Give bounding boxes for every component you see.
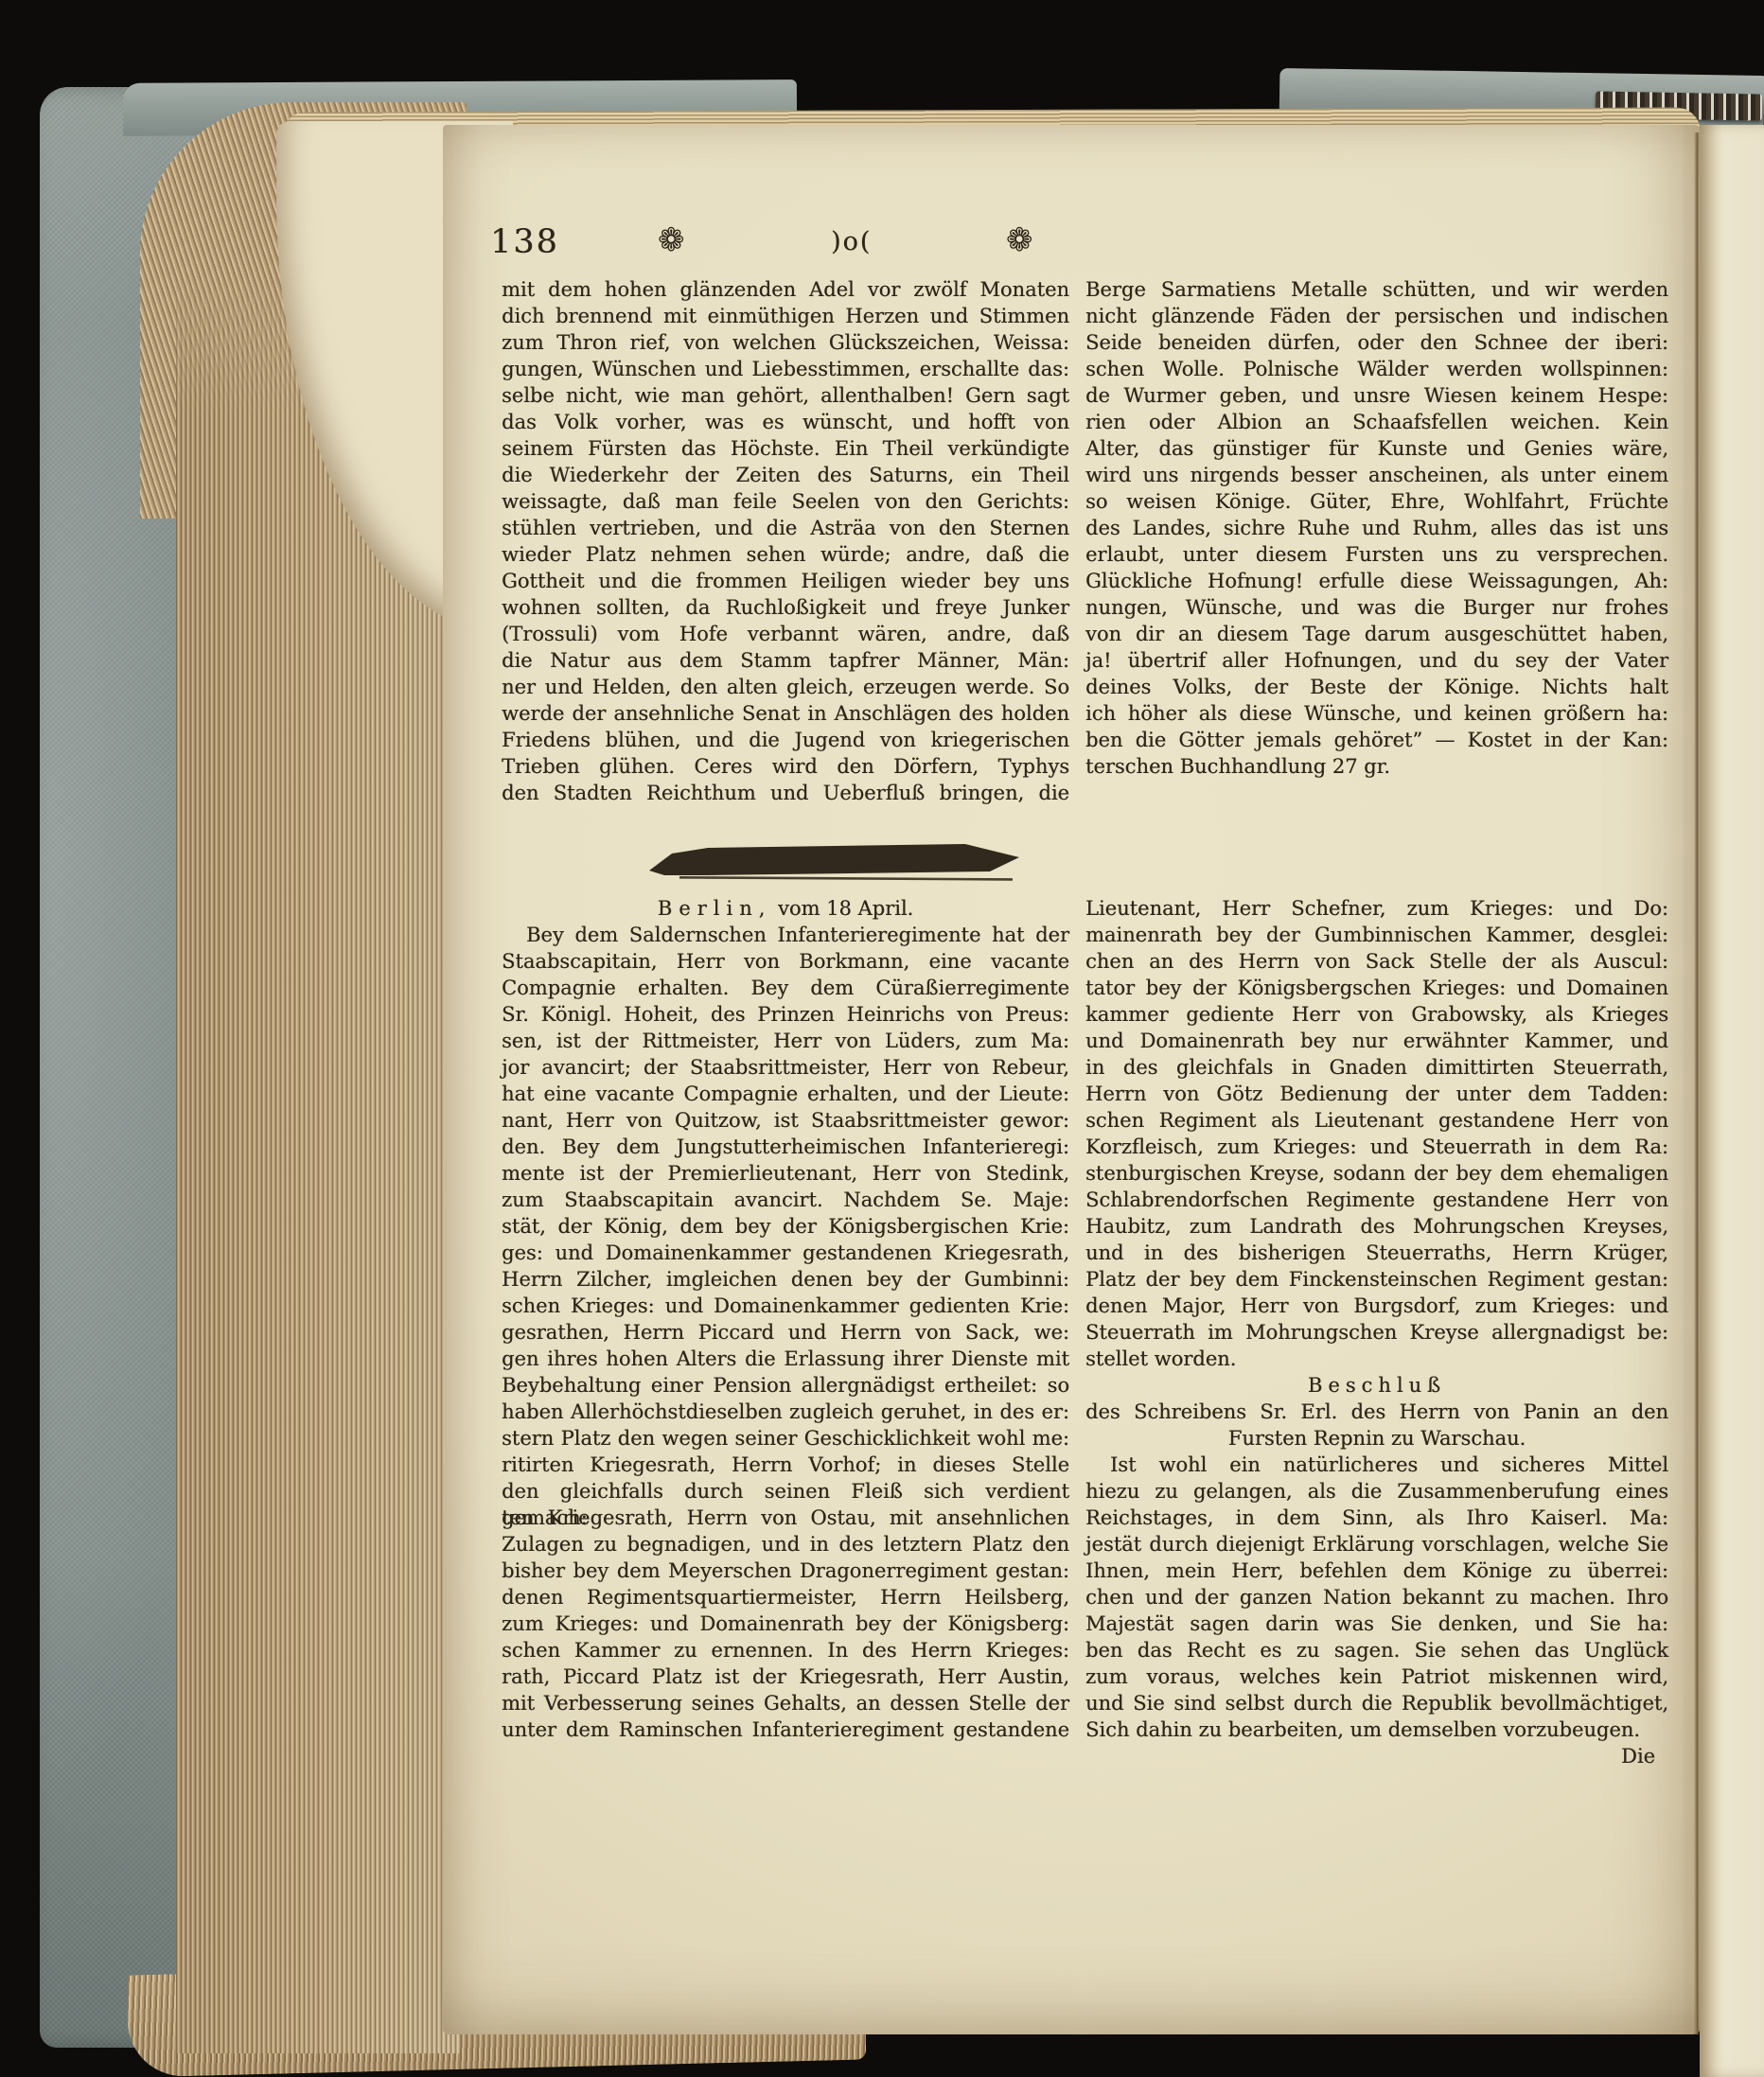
article-left-column: Berlin, vom 18 April. Bey dem Saldernsch… [502, 895, 1069, 1743]
top-left-column-lines: mit dem hohen glänzenden Adel vor zwölf … [502, 276, 1069, 806]
facing-page-edge [1700, 125, 1764, 2077]
text-line: stellet worden. [1085, 1346, 1668, 1372]
text-line: jor avancirt; der Staabsrittmeister, Her… [502, 1054, 1069, 1081]
text-line: weissagte, daß man feile Seelen von den … [502, 488, 1069, 515]
article-right-column: Lieutenant, Herr Schefner, zum Krieges: … [1085, 895, 1668, 1769]
text-line: deines Volks, der Beste der Könige. Nich… [1085, 674, 1668, 700]
text-line: Zulagen zu begnadigen, und in des letzte… [502, 1531, 1069, 1558]
page-fold-crease [1694, 132, 1700, 2034]
text-line: dich brennend mit einmüthigen Herzen und… [502, 303, 1069, 329]
article-heading-city: Berlin, [658, 897, 772, 920]
text-line: Sr. Königl. Hoheit, des Prinzen Heinrich… [502, 1001, 1069, 1028]
text-line: von dir an diesem Tage darum ausgeschütt… [1085, 621, 1668, 647]
article-heading: Berlin, vom 18 April. [502, 895, 1069, 922]
text-line: jestät durch diejenigt Erklärung vorschl… [1085, 1531, 1668, 1558]
text-line: hat eine vacante Compagnie erhalten, und… [502, 1081, 1069, 1107]
text-line: gungen, Wünschen und Liebesstimmen, ersc… [502, 356, 1069, 382]
text-line: Ihnen, mein Herr, befehlen dem Könige zu… [1085, 1558, 1668, 1584]
text-line: Berge Sarmatiens Metalle schütten, und w… [1085, 276, 1668, 303]
shell-ornament-right-icon: ❁ [1006, 221, 1033, 259]
page-number: 138 [490, 223, 559, 261]
text-line: selbe nicht, wie man gehört, allenthalbe… [502, 382, 1069, 409]
text-line: Seide beneiden dürfen, oder den Schnee d… [1085, 329, 1668, 356]
text-line: (Trossuli) vom Hofe verbannt wären, andr… [502, 621, 1069, 647]
beschluss-heading: Beschluß [1085, 1372, 1668, 1399]
text-line: erlaubt, unter diesem Fursten uns zu ver… [1085, 541, 1668, 568]
text-line: Gottheit und die frommen Heiligen wieder… [502, 568, 1069, 594]
text-line: des Landes, sichre Ruhe und Ruhm, alles … [1085, 515, 1668, 541]
text-line: Beybehaltung einer Pension allergnädigst… [502, 1372, 1069, 1399]
text-line: Herrn von Götz Bedienung der unter dem T… [1085, 1081, 1668, 1107]
text-line: den gleichfalls durch seinen Fleiß sich … [502, 1478, 1069, 1505]
text-line: rath, Piccard Platz ist der Kriegesrath,… [502, 1663, 1069, 1690]
text-line: Schlabrendorfschen Regimente gestandene … [1085, 1187, 1668, 1213]
text-line: das Volk vorher, was es wünscht, und hof… [502, 409, 1069, 435]
beschluss-subheading-1: des Schreibens Sr. Erl. des Herrn von Pa… [1085, 1399, 1668, 1425]
text-line: und Sie sind selbst durch die Republik b… [1085, 1690, 1668, 1716]
text-line: den Stadten Reichthum und Ueberfluß brin… [502, 780, 1069, 806]
text-line: die Wiederkehr der Zeiten des Saturns, e… [502, 462, 1069, 488]
text-line: Majestät sagen darin was Sie denken, und… [1085, 1611, 1668, 1637]
text-line: in des gleichfals in Gnaden dimittirten … [1085, 1054, 1668, 1081]
text-line: Platz der bey dem Finckensteinschen Regi… [1085, 1266, 1668, 1293]
text-line: schen Wolle. Polnische Wälder werden wol… [1085, 356, 1668, 382]
text-line: chen und der ganzen Nation bekannt zu ma… [1085, 1584, 1668, 1611]
text-line: nicht glänzende Fäden der persischen und… [1085, 303, 1668, 329]
top-right-column-lines: Berge Sarmatiens Metalle schütten, und w… [1085, 276, 1668, 780]
text-line: stühlen vertrieben, und die Asträa von d… [502, 515, 1069, 541]
text-line: stät, der König, dem bey der Königsbergi… [502, 1213, 1069, 1240]
shell-ornament-left-icon: ❁ [658, 221, 685, 259]
text-line: zum Krieges: und Domainenrath bey der Kö… [502, 1611, 1069, 1637]
text-line: und Domainenrath bey nur erwähnter Kamme… [1085, 1028, 1668, 1054]
top-left-column: mit dem hohen glänzenden Adel vor zwölf … [502, 276, 1069, 806]
text-line: seinem Fürsten das Höchste. Ein Theil ve… [502, 435, 1069, 462]
text-line: ja! übertrif aller Hofnungen, und du sey… [1085, 647, 1668, 674]
text-line: so weisen Könige. Güter, Ehre, Wohlfahrt… [1085, 488, 1668, 515]
text-line: denen Major, Herr von Burgsdorf, zum Kri… [1085, 1293, 1668, 1319]
article-left-lines: Bey dem Saldernschen Infanterieregimente… [502, 922, 1069, 1743]
text-line: und in des bisherigen Steuerraths, Herrn… [1085, 1240, 1668, 1266]
text-line: ges: und Domainenkammer gestandenen Krie… [502, 1240, 1069, 1266]
text-line: Lieutenant, Herr Schefner, zum Krieges: … [1085, 895, 1668, 922]
text-line: ner und Helden, den alten gleich, erzeug… [502, 674, 1069, 700]
text-line: zum Staabscapitain avancirt. Nachdem Se.… [502, 1187, 1069, 1213]
text-line: bisher bey dem Meyerschen Dragonerregime… [502, 1558, 1069, 1584]
text-line: zum Thron rief, von welchen Glückszeiche… [502, 329, 1069, 356]
book-scan-background: 138 ❁ )o( ❁ mit dem hohen glänzenden Ade… [0, 0, 1764, 2077]
text-line: zum voraus, welches kein Patriot miskenn… [1085, 1663, 1668, 1690]
catchword: Die [1085, 1743, 1668, 1769]
text-line: schen Regiment als Lieutenant gestandene… [1085, 1107, 1668, 1134]
text-line: de Wurmer geben, und unsre Wiesen keinem… [1085, 382, 1668, 409]
text-line: chen an des Herrn von Sack Stelle der al… [1085, 948, 1668, 975]
beschluss-lines: Ist wohl ein natürlicheres und sicheres … [1085, 1452, 1668, 1743]
text-line: Staabscapitain, Herr von Borkmann, eine … [502, 948, 1069, 975]
text-line: sen, ist der Rittmeister, Herr von Lüder… [502, 1028, 1069, 1054]
text-line: unter dem Raminschen Infanterieregiment … [502, 1716, 1069, 1743]
text-line: Steuerrath im Mohrungschen Kreyse allerg… [1085, 1319, 1668, 1346]
text-line: Friedens blühen, und die Jugend von krie… [502, 727, 1069, 753]
text-line: Bey dem Saldernschen Infanterieregimente… [502, 922, 1069, 948]
text-line: Herrn Zilcher, imgleichen denen bey der … [502, 1266, 1069, 1293]
text-line: wieder Platz nehmen sehen würde; andre, … [502, 541, 1069, 568]
text-line: mainenrath bey der Gumbinnischen Kammer,… [1085, 922, 1668, 948]
text-line: mit Verbesserung seines Gehalts, an dess… [502, 1690, 1069, 1716]
text-line: Ist wohl ein natürlicheres und sicheres … [1085, 1452, 1668, 1478]
section-divider-ornament [647, 842, 1022, 884]
text-line: ten Kriegesrath, Herrn von Ostau, mit an… [502, 1505, 1069, 1531]
text-line: Reichstages, in dem Sinn, als Ihro Kaise… [1085, 1505, 1668, 1531]
beschluss-subheading-2: Fursten Repnin zu Warschau. [1085, 1425, 1668, 1452]
text-line: gen ihres hohen Alters die Erlassung ihr… [502, 1346, 1069, 1372]
top-right-column: Berge Sarmatiens Metalle schütten, und w… [1085, 276, 1668, 780]
text-line: die Natur aus dem Stamm tapfrer Männer, … [502, 647, 1069, 674]
text-line: mente ist der Premierlieutenant, Herr vo… [502, 1160, 1069, 1187]
text-line: ritirten Kriegesrath, Herrn Vorhof; in d… [502, 1452, 1069, 1478]
text-line: wird uns nirgends besser anscheinen, als… [1085, 462, 1668, 488]
text-line: denen Regimentsquartiermeister, Herrn He… [502, 1584, 1069, 1611]
text-line: nant, Herr von Quitzow, ist Staabsrittme… [502, 1107, 1069, 1134]
text-line: schen Kammer zu ernennen. In des Herrn K… [502, 1637, 1069, 1663]
text-line: ben die Götter jemals gehöret” — Kostet … [1085, 727, 1668, 753]
text-line: haben Allerhöchstdieselben zugleich geru… [502, 1399, 1069, 1425]
text-line: kammer gediente Herr von Grabowsky, als … [1085, 1001, 1668, 1028]
text-line: Haubitz, zum Landrath des Mohrungschen K… [1085, 1213, 1668, 1240]
text-line: den. Bey dem Jungstutterheimischen Infan… [502, 1134, 1069, 1160]
text-line: Trieben glühen. Ceres wird den Dörfern, … [502, 753, 1069, 780]
text-line: Korzfleisch, zum Krieges: und Steuerrath… [1085, 1134, 1668, 1160]
text-line: gesrathen, Herrn Piccard und Herrn von S… [502, 1319, 1069, 1346]
text-line: hiezu zu gelangen, als die Zusammenberuf… [1085, 1478, 1668, 1505]
text-line: Compagnie erhalten. Bey dem Cüraßierregi… [502, 975, 1069, 1001]
text-line: Alter, das günstiger für Kunste und Geni… [1085, 435, 1668, 462]
article-right-lines: Lieutenant, Herr Schefner, zum Krieges: … [1085, 895, 1668, 1372]
text-line: Glückliche Hofnung! erfulle diese Weissa… [1085, 568, 1668, 594]
text-line: stern Platz den wegen seiner Geschicklic… [502, 1425, 1069, 1452]
text-line: wohnen sollten, da Ruchloßigkeit und fre… [502, 594, 1069, 621]
text-line: terschen Buchhandlung 27 gr. [1085, 753, 1668, 780]
article-heading-date: vom 18 April. [778, 897, 913, 920]
text-line: stenburgischen Kreyse, sodann der bey de… [1085, 1160, 1668, 1187]
printers-mark: )o( [831, 227, 872, 256]
text-line: schen Krieges: und Domainenkammer gedien… [502, 1293, 1069, 1319]
text-line: mit dem hohen glänzenden Adel vor zwölf … [502, 276, 1069, 303]
text-line: ich höher als diese Wünsche, und keinen … [1085, 700, 1668, 727]
text-line: nungen, Wünsche, und was die Burger nur … [1085, 594, 1668, 621]
text-line: Sich dahin zu bearbeiten, um demselben v… [1085, 1716, 1668, 1743]
text-line: rien oder Albion an Schaafsfellen weiche… [1085, 409, 1668, 435]
text-line: werde der ansehnliche Senat in Anschläge… [502, 700, 1069, 727]
text-line: tator bey der Königsbergschen Krieges: u… [1085, 975, 1668, 1001]
text-line: ben das Recht es zu sagen. Sie sehen das… [1085, 1637, 1668, 1663]
